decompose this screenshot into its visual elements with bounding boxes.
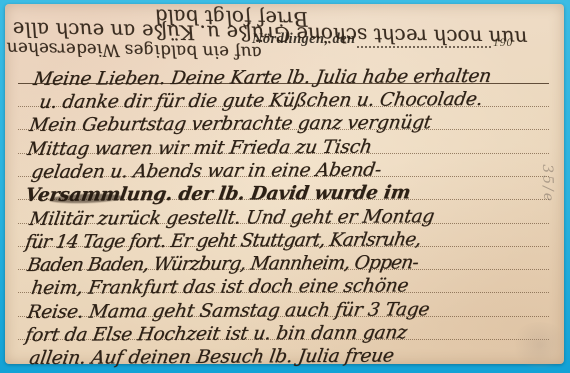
paper-stain bbox=[510, 322, 570, 368]
overflow-scrawl-line: auf ein baldiges Wiedersehen bbox=[4, 38, 264, 63]
guide-line: Mein Geburtstag verbrachte ganz vergnügt bbox=[18, 107, 549, 130]
pencil-margin-note: 35/e bbox=[539, 164, 556, 203]
guide-line: geladen u. Abends war in eine Abend- bbox=[18, 154, 549, 177]
guide-line: heim, Frankfurt das ist doch eine schöne bbox=[18, 270, 549, 293]
scanned-postcard-page: { "colors": { "scanner_background": "#29… bbox=[0, 0, 570, 373]
guide-line: Meine Lieben. Deine Karte lb. Julia habe… bbox=[18, 61, 549, 84]
guide-line: u. danke dir für die gute Küßchen u. Cho… bbox=[18, 84, 549, 107]
guide-line: Mittag waren wir mit Frieda zu Tisch bbox=[18, 131, 549, 154]
guide-line: allein. Auf deinen Besuch lb. Julia freu… bbox=[18, 340, 549, 362]
guide-line: Reise. Mama geht Samstag auch für 3 Tage bbox=[18, 294, 549, 317]
guide-line: Militär zurück gestellt. Und geht er Mon… bbox=[18, 201, 549, 224]
postcard: Nördlingen, den 190 Brief folgt bald nun… bbox=[5, 4, 564, 364]
guide-line: für 14 Tage fort. Er geht Stuttgart, Kar… bbox=[18, 224, 549, 247]
guide-line: Baden Baden, Würzburg, Mannheim, Oppen- bbox=[18, 247, 549, 270]
handwriting-line: allein. Auf deinen Besuch lb. Julia freu… bbox=[28, 347, 395, 368]
guide-line: fort da Else Hochzeit ist u. bin dann ga… bbox=[18, 317, 549, 340]
